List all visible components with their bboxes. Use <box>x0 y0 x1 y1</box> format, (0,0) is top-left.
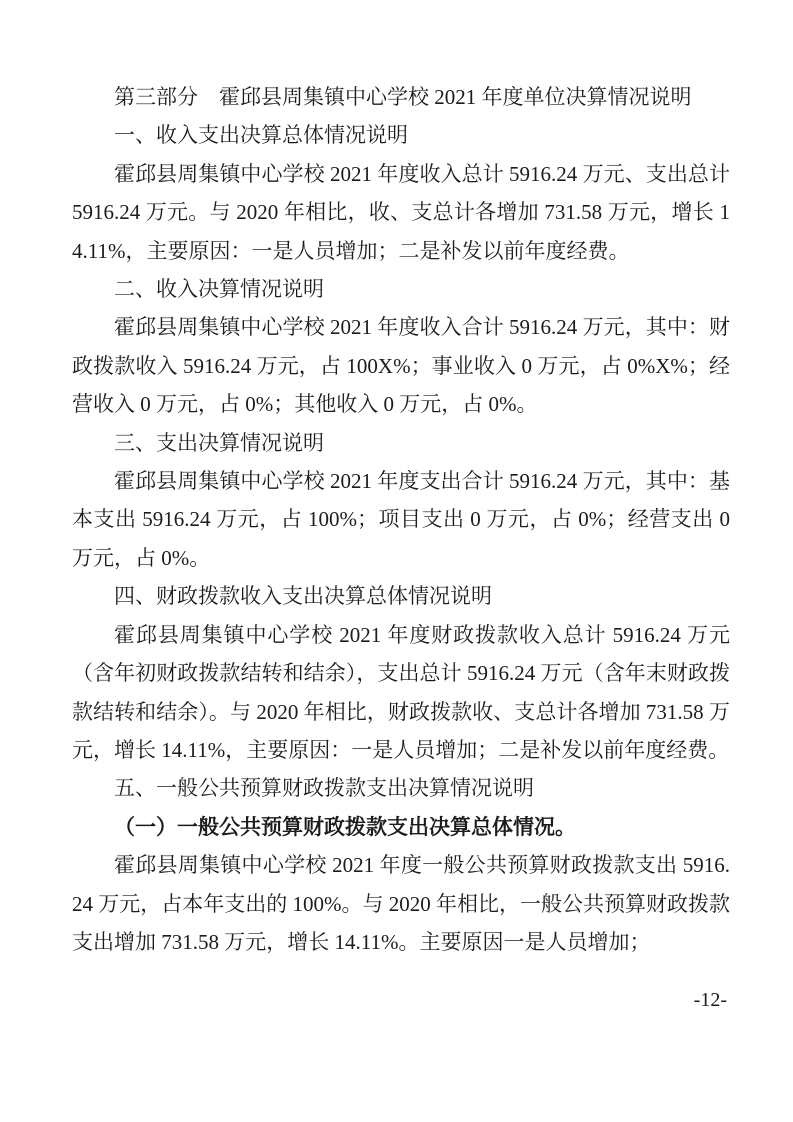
document-title: 第三部分 霍邱县周集镇中心学校 2021 年度单位决算情况说明 <box>72 78 730 116</box>
section-2-heading: 二、收入决算情况说明 <box>72 270 730 308</box>
section-4-heading: 四、财政拨款收入支出决算总体情况说明 <box>72 577 730 615</box>
section-4-paragraph: 霍邱县周集镇中心学校 2021 年度财政拨款收入总计 5916.24 万元（含年… <box>72 616 730 770</box>
page-number: -12- <box>694 988 727 1012</box>
section-5-heading: 五、一般公共预算财政拨款支出决算情况说明 <box>72 769 730 807</box>
report-body: 第三部分 霍邱县周集镇中心学校 2021 年度单位决算情况说明 一、收入支出决算… <box>72 78 730 961</box>
section-1-paragraph: 霍邱县周集镇中心学校 2021 年度收入总计 5916.24 万元、支出总计 5… <box>72 155 730 270</box>
section-2-paragraph: 霍邱县周集镇中心学校 2021 年度收入合计 5916.24 万元，其中：财政拨… <box>72 308 730 423</box>
section-3-paragraph: 霍邱县周集镇中心学校 2021 年度支出合计 5916.24 万元，其中：基本支… <box>72 462 730 577</box>
section-1-heading: 一、收入支出决算总体情况说明 <box>72 116 730 154</box>
section-5-paragraph: 霍邱县周集镇中心学校 2021 年度一般公共预算财政拨款支出 5916.24 万… <box>72 846 730 961</box>
document-page: 第三部分 霍邱县周集镇中心学校 2021 年度单位决算情况说明 一、收入支出决算… <box>0 0 793 1122</box>
section-3-heading: 三、支出决算情况说明 <box>72 424 730 462</box>
section-5-subheading: （一）一般公共预算财政拨款支出决算总体情况。 <box>72 808 730 846</box>
